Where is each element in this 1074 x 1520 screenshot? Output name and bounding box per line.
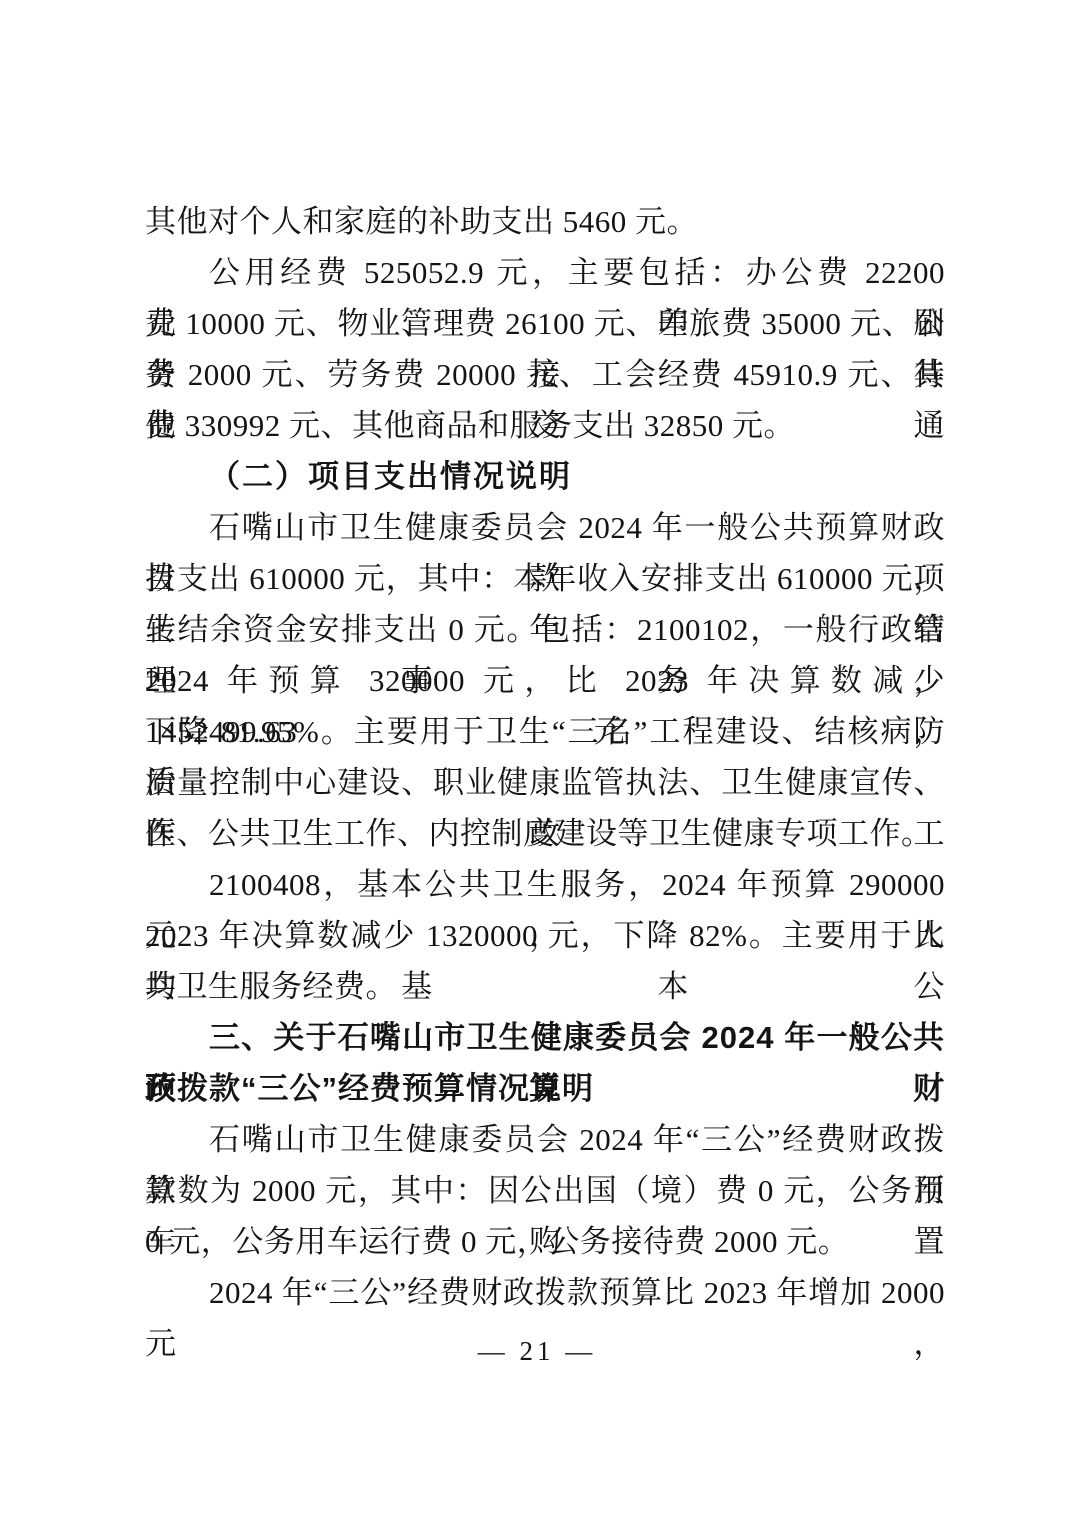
text-line: 目支出 610000 元，其中：本年收入安排支出 610000 元，上年结 [145,553,945,604]
text-line: 0 元，公务用车运行费 0 元，公务接待费 2000 元。 [145,1216,945,1267]
text-line: 2023 年决算数减少 1320000 元，下降 82%。主要用于人均基本公 [145,910,945,961]
text-line: 石嘴山市卫生健康委员会 2024 年一般公共预算财政拨款项 [145,502,945,553]
text-line: 算数为 2000 元，其中：因公出国（境）费 0 元，公务用车购置 [145,1165,945,1216]
text-line: 下降 81.95%。主要用于卫生“三名”工程建设、结核病防治、 [145,706,945,757]
heading-line: 三、关于石嘴山市卫生健康委员会 2024 年一般公共预算财 [145,1012,945,1063]
text-line: 转结余资金安排支出 0 元。包括：2100102，一般行政管理事务， [145,604,945,655]
text-line: 作、公共卫生工作、内控制度建设等卫生健康专项工作。 [145,808,945,859]
document-body: 其他对个人和家庭的补助支出 5460 元。公用经费 525052.9 元，主要包… [145,196,945,1318]
heading-line: （二）项目支出情况说明 [145,451,945,502]
text-line: 费 2000 元、劳务费 20000 元、工会经费 45910.9 元、其他交通 [145,349,945,400]
text-line: 质量控制中心建设、职业健康监管执法、卫生健康宣传、医改工 [145,757,945,808]
text-line: 2024 年预算 320000 元，比 2023 年决算数减少 1452499.… [145,655,945,706]
text-line: 2100408，基本公共卫生服务，2024 年预算 290000 元，比 [145,859,945,910]
text-line: 2024 年“三公”经费财政拨款预算比 2023 年增加 2000 元， [145,1267,945,1318]
page-number: — 21 — [0,1336,1074,1367]
text-line: 其他对个人和家庭的补助支出 5460 元。 [145,196,945,247]
text-line: 石嘴山市卫生健康委员会 2024 年“三公”经费财政拨款预 [145,1114,945,1165]
text-line: 公用经费 525052.9 元，主要包括：办公费 22200 元、印刷 [145,247,945,298]
text-line: 费 10000 元、物业管理费 26100 元、差旅费 35000 元、公务接待 [145,298,945,349]
document-page: 其他对个人和家庭的补助支出 5460 元。公用经费 525052.9 元，主要包… [0,0,1074,1520]
